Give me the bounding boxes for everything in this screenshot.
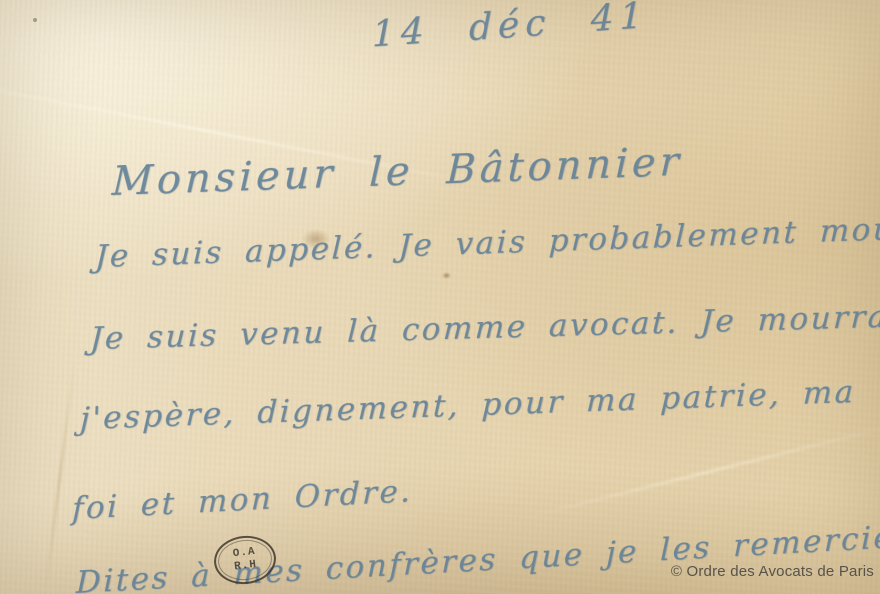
- stamp-text-bottom: R.H: [234, 559, 258, 574]
- handwriting-line: j'espère, dignement, pour ma patrie, ma: [79, 377, 856, 435]
- stamp-text-top: O.A: [232, 546, 256, 561]
- copyright-watermark: © Ordre des Avocats de Paris: [671, 563, 874, 580]
- letter-date: 14 déc 41: [372, 0, 648, 54]
- letter-salutation: Monsieur le Bâtonnier: [111, 142, 683, 202]
- paper-crease: [525, 424, 880, 519]
- paper-crease: [43, 361, 75, 594]
- paper-stain: [442, 272, 451, 279]
- handwriting-line: Je suis appelé. Je vais probablement mou…: [94, 212, 880, 273]
- handwriting-line: Je suis venu là comme avocat. Je mourrai…: [89, 301, 880, 355]
- letter-photograph: 14 déc 41 Monsieur le Bâtonnier Je suis …: [0, 0, 880, 594]
- handwriting-line: Dites à mes confrères que je les remerci…: [76, 518, 880, 594]
- handwriting-line: foi et mon Ordre.: [72, 476, 413, 525]
- paper-speck: [33, 18, 37, 22]
